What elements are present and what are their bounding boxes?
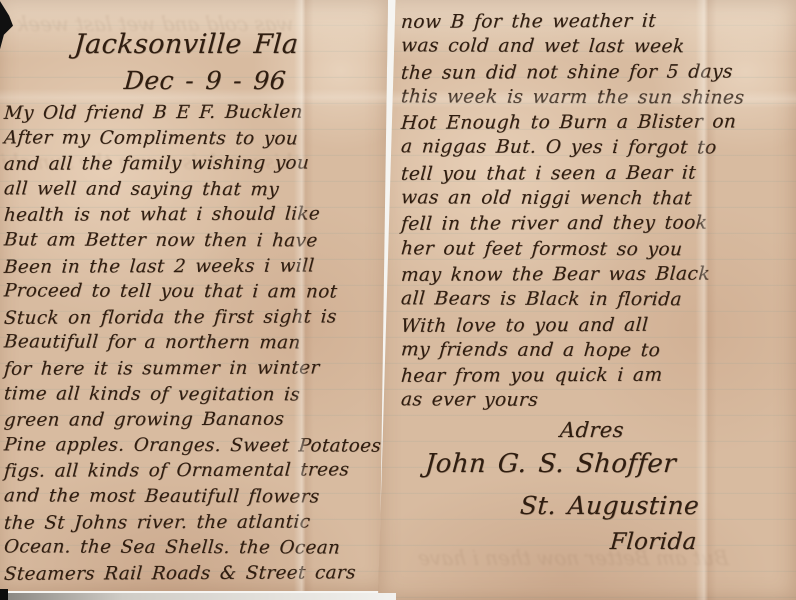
letter-line: But am Better now then i have	[3, 227, 388, 254]
letter-heading-date: Dec - 9 - 96	[123, 63, 388, 98]
letter-line: Stuck on florida the first sight is	[3, 304, 388, 331]
letter-line: green and growing Bananos	[3, 406, 388, 433]
letter-line: Hot Enough to Burn a Blister on	[400, 109, 796, 136]
letter-line: may know the Bear was Black	[400, 261, 796, 288]
letter-line: all well and saying that my	[3, 176, 388, 203]
letter-line: health is not what i should like	[3, 202, 388, 229]
letter-signature: John G. S. Shoffer	[424, 446, 796, 482]
letter-page-right: But am Better now then i have now B for …	[378, 0, 796, 600]
letter-line: this week is warm the sun shines	[400, 84, 796, 111]
letter-line: figs. all kinds of Ornamental trees	[3, 457, 388, 484]
letter-line: Proceed to tell you that i am not	[3, 278, 388, 305]
letter-line: With love to you and all	[400, 312, 796, 339]
letter-line: all Bears is Black in florida	[400, 287, 796, 314]
letter-line: After my Compliments to you	[3, 125, 388, 152]
letter-line: Beautifull for a northern man	[3, 330, 388, 357]
letter-line: now B for the weather it	[400, 8, 796, 35]
letter-line: Steamers Rail Roads & Street cars	[3, 560, 388, 587]
letter-heading-location: Jacksonville Fla	[73, 27, 388, 63]
letter-line: my friends and a hope to	[400, 337, 796, 364]
letter-line: her out feet formost so you	[400, 236, 796, 263]
letter-line: My Old friend B E F. Bucklen	[3, 99, 388, 126]
letter-line: was an old niggi wench that	[400, 185, 796, 212]
letter-line: and all the family wishing you	[3, 150, 388, 177]
letter-place-city: St. Augustine	[519, 486, 796, 526]
letter-line: time all kinds of vegitation is	[3, 381, 388, 408]
letter-line: Ocean. the Sea Shells. the Ocean	[3, 534, 388, 561]
letter-line: Pine apples. Oranges. Sweet Potatoes	[3, 432, 388, 459]
letter-line: the St Johns river. the atlantic	[3, 509, 388, 536]
scan-corner-artifact-bottom	[0, 589, 8, 600]
letter-line: for here it is summer in winter	[3, 355, 388, 382]
letter-body-right: now B for the weather it was cold and we…	[401, 9, 796, 414]
letter-line: a niggas But. O yes i forgot to	[400, 135, 796, 162]
letter-page-left: was cold and wet last week this week is …	[0, 0, 388, 591]
letter-line: the sun did not shine for 5 days	[400, 59, 796, 86]
letter-line: and the most Beautifull flowers	[3, 483, 388, 510]
letter-closing: Adres	[559, 417, 796, 444]
scanbed-strip	[6, 593, 396, 600]
letter-line: Been in the last 2 weeks i will	[3, 253, 388, 280]
letter-line: as ever yours	[400, 388, 796, 415]
letter-line: was cold and wet last week	[400, 34, 796, 61]
letter-line: tell you that i seen a Bear it	[400, 160, 796, 187]
letter-body-left: My Old friend B E F. Bucklen After my Co…	[4, 100, 388, 586]
letter-line: hear from you quick i am	[400, 362, 796, 389]
letter-scan: was cold and wet last week this week is …	[0, 0, 796, 600]
letter-place-state: Florida	[609, 526, 796, 558]
letter-line: fell in the river and they took	[400, 211, 796, 238]
